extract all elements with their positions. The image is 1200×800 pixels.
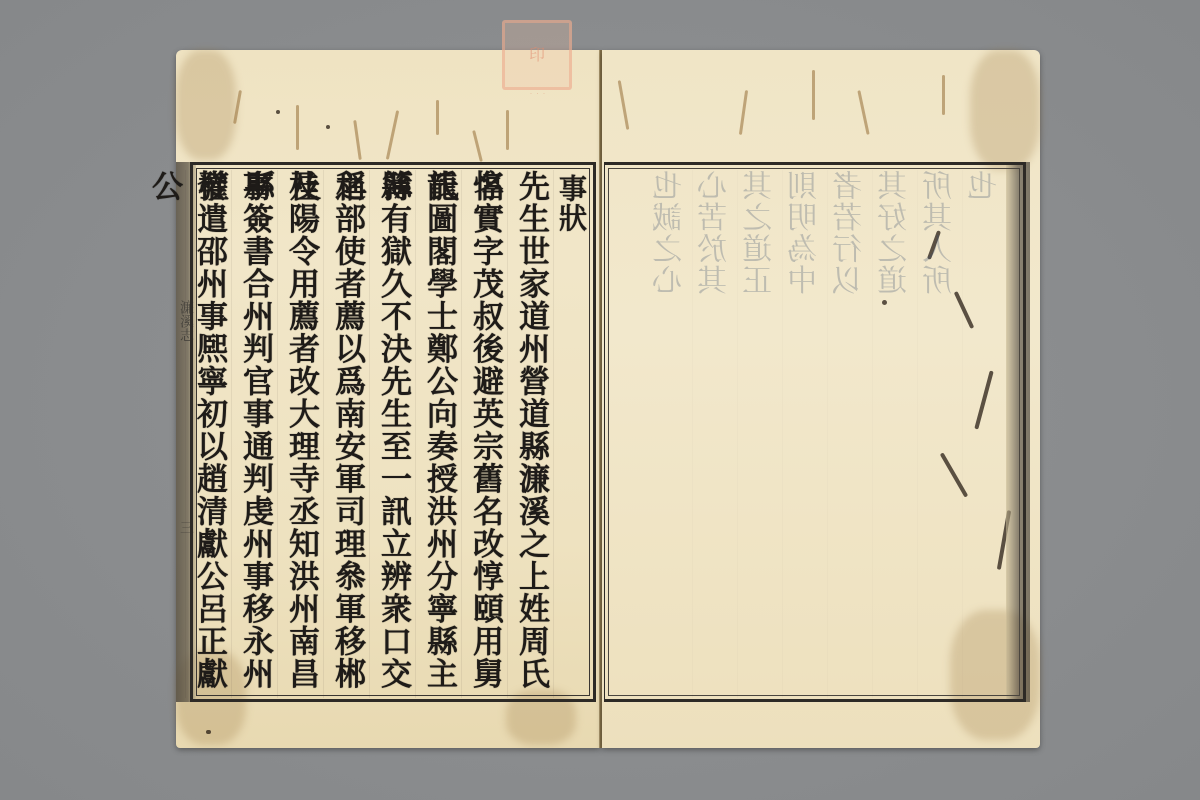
wormhole bbox=[296, 105, 299, 150]
bleed-through-text: 也 所其人所 其好之道 者若行以 則明為中 其之道正 心苦於其 也誠之心 bbox=[618, 170, 1008, 698]
seal-caption: · · · bbox=[498, 90, 578, 98]
wormhole bbox=[618, 80, 630, 130]
bleed-column: 其好之道 bbox=[873, 170, 918, 698]
left-page: 濂溪志 三 事狀 先生世家道州營道縣濂溪之上姓周氏名 惇實字茂叔後避英宗舊名改惇… bbox=[176, 50, 600, 748]
text-column: 惇實字茂叔後避英宗舊名改惇頤用舅氏 bbox=[461, 170, 507, 698]
bleed-column: 也 bbox=[963, 170, 1008, 698]
text-column: 桂陽令用薦者改大理寺丞知洪州南昌縣 bbox=[277, 170, 323, 698]
wormhole bbox=[326, 125, 330, 129]
text-column: 之部使者薦以爲南安軍司理叅軍移郴及 bbox=[323, 170, 369, 698]
bleed-column: 也誠之心 bbox=[648, 170, 693, 698]
section-title: 事狀 bbox=[553, 170, 594, 698]
wormhole bbox=[353, 120, 362, 160]
main-text: 事狀 先生世家道州營道縣濂溪之上姓周氏名 惇實字茂叔後避英宗舊名改惇頤用舅氏 龍… bbox=[202, 170, 594, 698]
text-column: 事簽書合州判官事通判虔州事移永州權 bbox=[231, 170, 277, 698]
wormhole bbox=[506, 110, 509, 150]
wormhole bbox=[812, 70, 815, 120]
bleed-column: 者若行以 bbox=[828, 170, 873, 698]
text-column: 龍圖閣學士鄭公向奏授洪州分寧縣主簿 bbox=[415, 170, 461, 698]
damage-stain bbox=[970, 50, 1040, 170]
wormhole bbox=[386, 110, 399, 160]
text-column: 先生世家道州營道縣濂溪之上姓周氏名 bbox=[507, 170, 553, 698]
book-spread: 濂溪志 三 事狀 先生世家道州營道縣濂溪之上姓周氏名 惇實字茂叔後避英宗舊名改惇… bbox=[176, 50, 1040, 750]
damage-stain bbox=[176, 50, 236, 160]
collection-seal: 印 bbox=[502, 20, 572, 90]
wormhole bbox=[436, 100, 439, 135]
wormhole bbox=[857, 90, 869, 135]
wormhole bbox=[739, 90, 748, 135]
text-column: 發遣邵州事熈寧初以趙清獻公呂正獻公 bbox=[185, 170, 231, 698]
wormhole bbox=[472, 130, 483, 162]
bleed-column: 所其人所 bbox=[918, 170, 963, 698]
wormhole bbox=[942, 75, 945, 115]
wormhole bbox=[276, 110, 280, 114]
bleed-column: 則明為中 bbox=[783, 170, 828, 698]
text-column: 縣有獄久不決先生至一訊立辨衆口交稱 bbox=[369, 170, 415, 698]
bleed-column: 心苦於其 bbox=[693, 170, 738, 698]
bleed-column: 其之道正 bbox=[738, 170, 783, 698]
wormhole bbox=[206, 730, 211, 734]
seal-glyph: 印 bbox=[529, 45, 545, 65]
